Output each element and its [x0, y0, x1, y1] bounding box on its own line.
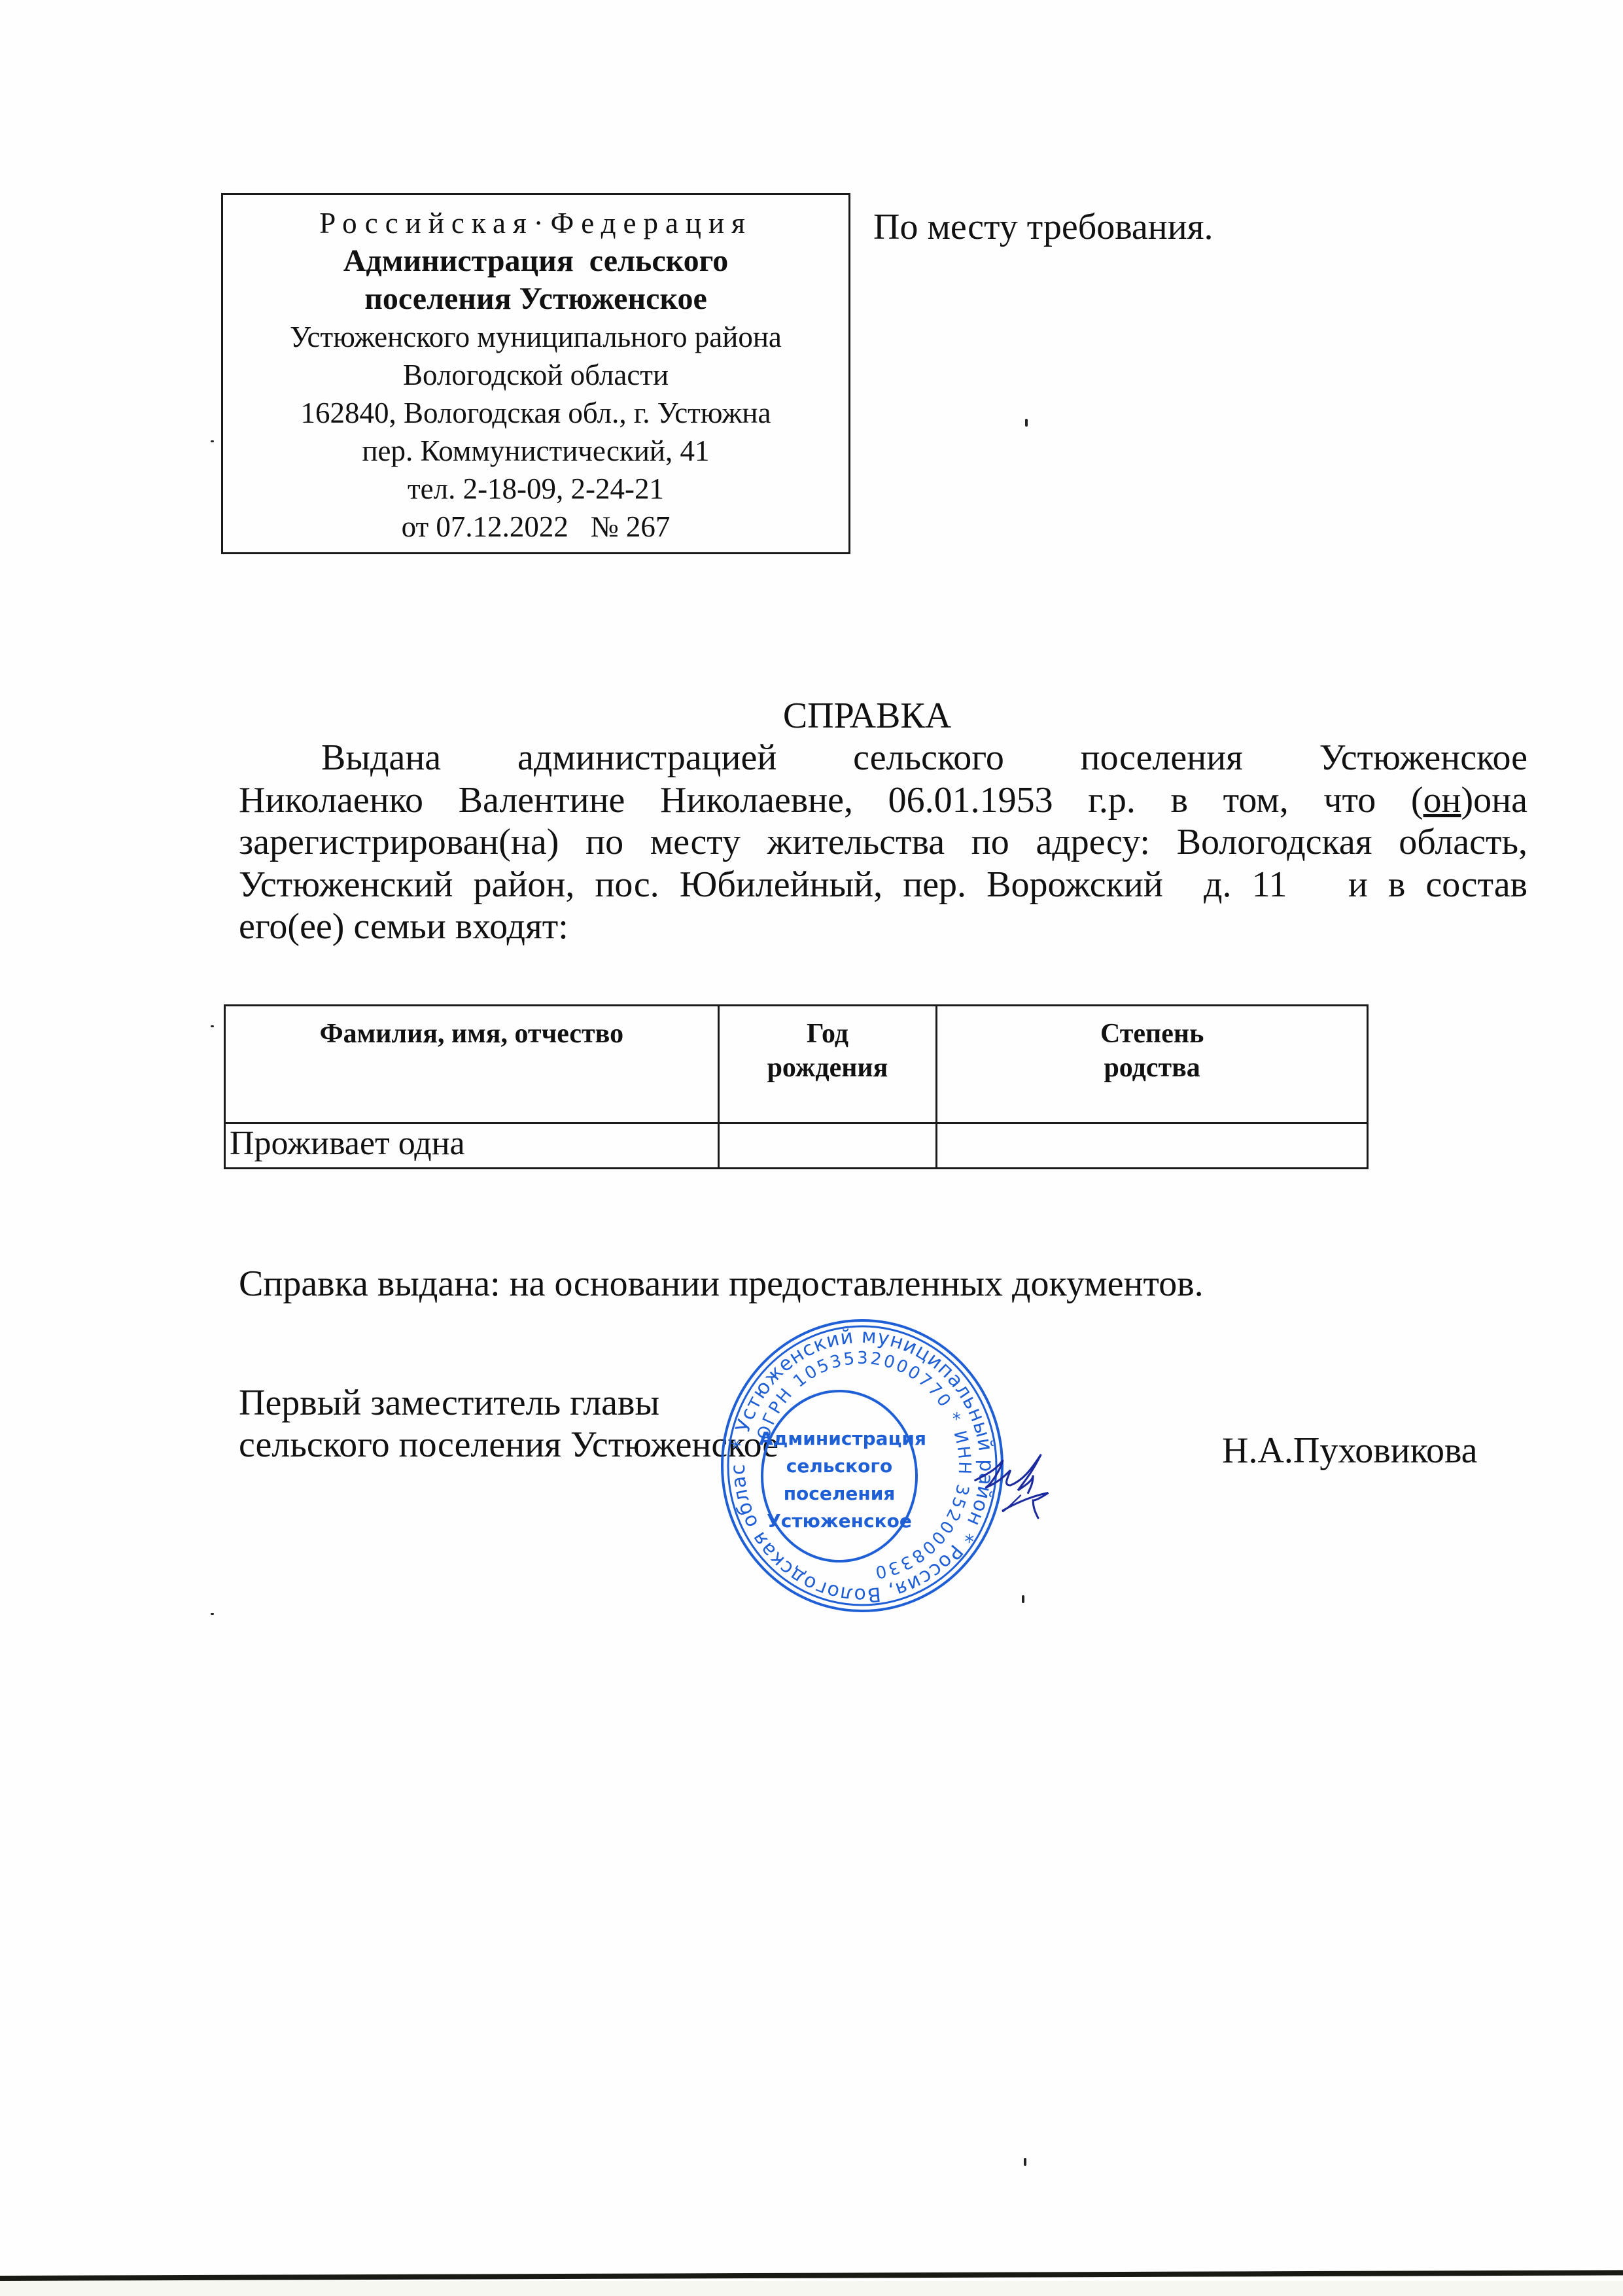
seal-center-line-2: сельского [786, 1455, 893, 1477]
letterhead-phones: тел. 2-18-09, 2-24-21 [223, 470, 848, 508]
scan-speck [211, 1025, 214, 1027]
signer-position-line2: сельского поселения Устюженское [239, 1424, 778, 1466]
body-line-2-suffix: )она [1461, 780, 1527, 821]
letterhead-region: Вологодской области [223, 356, 848, 394]
header-relationship-line2: родства [937, 1051, 1367, 1085]
seal-center-text: Администрация сельского поселения Устюже… [759, 1428, 926, 1532]
header-birth-year-line2: рождения [720, 1051, 936, 1085]
signer-name: Н.А.Пуховикова [1222, 1430, 1478, 1472]
seal-center-line-3: поселения [784, 1483, 896, 1504]
letterhead-date-number: от 07.12.2022 № 267 [223, 508, 848, 546]
signer-position: Первый заместитель главы сельского посел… [239, 1382, 778, 1466]
body-line-1: Выдана администрацией сельского поселени… [239, 737, 1527, 779]
letterhead-street: пер. Коммунистический, 41 [223, 432, 848, 470]
letterhead-org-line1: Администрация сельского [223, 242, 848, 280]
letterhead-postal-address: 162840, Вологодская обл., г. Устюжна [223, 394, 848, 432]
letterhead-box: Российская·Федерация Администрация сельс… [221, 193, 850, 554]
seal-center-line-4: Устюженское [767, 1510, 912, 1532]
signer-position-line1: Первый заместитель главы [239, 1382, 778, 1424]
cell-full-name: Проживает одна [225, 1123, 719, 1169]
header-relationship-line1: Степень [937, 1017, 1367, 1051]
issuance-basis: Справка выдана: на основании предоставле… [239, 1263, 1204, 1305]
seal-center-line-1: Администрация [759, 1428, 926, 1449]
handwritten-signature [955, 1420, 1086, 1551]
scan-speck [1024, 2158, 1026, 2166]
header-birth-year: Годрождения [718, 1006, 937, 1123]
body-line-5: его(ее) семьи входят: [239, 906, 1527, 948]
family-members-table: Фамилия, имя, отчество Годрождения Степе… [224, 1004, 1369, 1169]
scan-speck [211, 440, 214, 442]
scan-speck [211, 1613, 214, 1615]
cell-birth-year [718, 1123, 937, 1169]
body-line-4: Устюженский район, пос. Юбилейный, пер. … [239, 864, 1527, 906]
header-birth-year-line1: Год [720, 1017, 936, 1051]
header-full-name: Фамилия, имя, отчество [225, 1006, 719, 1123]
body-line-2-text: Николаенко Валентине Николаевне, 06.01.1… [239, 780, 1423, 821]
cell-relationship [937, 1123, 1368, 1169]
certificate-body: Выдана администрацией сельского поселени… [239, 737, 1527, 948]
scan-margin [0, 2281, 1623, 2296]
table-header-row: Фамилия, имя, отчество Годрождения Степе… [225, 1006, 1368, 1123]
letterhead-district: Устюженского муниципального района [223, 318, 848, 356]
table-row: Проживает одна [225, 1123, 1368, 1169]
document-title: СПРАВКА [0, 695, 1623, 737]
addressee: По месту требования. [873, 204, 1213, 250]
header-relationship: Степеньродства [937, 1006, 1368, 1123]
letterhead-org-line2: поселения Устюженское [223, 280, 848, 318]
header-full-name-text: Фамилия, имя, отчество [320, 1019, 623, 1049]
body-line-2: Николаенко Валентине Николаевне, 06.01.1… [239, 779, 1527, 822]
body-line-3: зарегистрирован(на) по месту жительства … [239, 821, 1527, 864]
underlined-pronoun: он [1423, 780, 1461, 821]
document-title-text: СПРАВКА [783, 696, 951, 736]
scan-speck [1025, 419, 1028, 427]
letterhead-country: Российская·Федерация [223, 204, 848, 242]
scan-speck [1022, 1595, 1024, 1603]
